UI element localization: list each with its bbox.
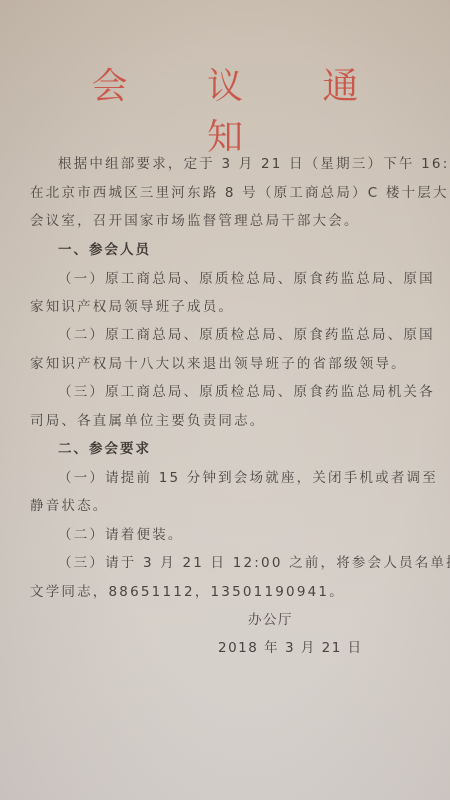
- document-title: 会 议 通 知: [0, 58, 450, 160]
- attendee-item-3-line-1: （三）原工商总局、原质检总局、原食药监总局机关各: [58, 380, 430, 400]
- attendee-item-1-line-2: 家知识产权局领导班子成员。: [30, 295, 430, 315]
- section-heading: 一、参会人员: [58, 238, 430, 258]
- attendee-item-2-line-2: 家知识产权局十八大以来退出领导班子的省部级领导。: [30, 352, 430, 372]
- requirement-item-2-line-1: （二）请着便装。: [58, 523, 430, 543]
- section-heading: 二、参会要求: [58, 437, 430, 457]
- attendee-item-3-line-2: 司局、各直属单位主要负责同志。: [30, 409, 430, 429]
- intro-line-2: 在北京市西城区三里河东路 8 号（原工商总局）C 楼十层大: [30, 181, 430, 201]
- intro-line-3: 会议室，召开国家市场监督管理总局干部大会。: [30, 209, 430, 229]
- intro-line-1: 根据中组部要求，定于 3 月 21 日（星期三）下午 16:00，: [58, 152, 430, 172]
- issuer-name: 办公厅: [248, 608, 293, 628]
- attendee-item-1-line-1: （一）原工商总局、原质检总局、原食药监总局、原国: [58, 267, 430, 287]
- requirement-item-3-line-2: 文学同志，88651112，13501190941。: [30, 580, 430, 600]
- requirement-item-1-line-2: 静音状态。: [30, 494, 430, 514]
- requirement-item-3-line-1: （三）请于 3 月 21 日 12:00 之前，将参会人员名单报: [58, 551, 430, 571]
- requirement-item-1-line-1: （一）请提前 15 分钟到会场就座，关闭手机或者调至: [58, 466, 430, 486]
- attendee-item-2-line-1: （二）原工商总局、原质检总局、原食药监总局、原国: [58, 323, 430, 343]
- issue-date: 2018 年 3 月 21 日: [218, 636, 363, 656]
